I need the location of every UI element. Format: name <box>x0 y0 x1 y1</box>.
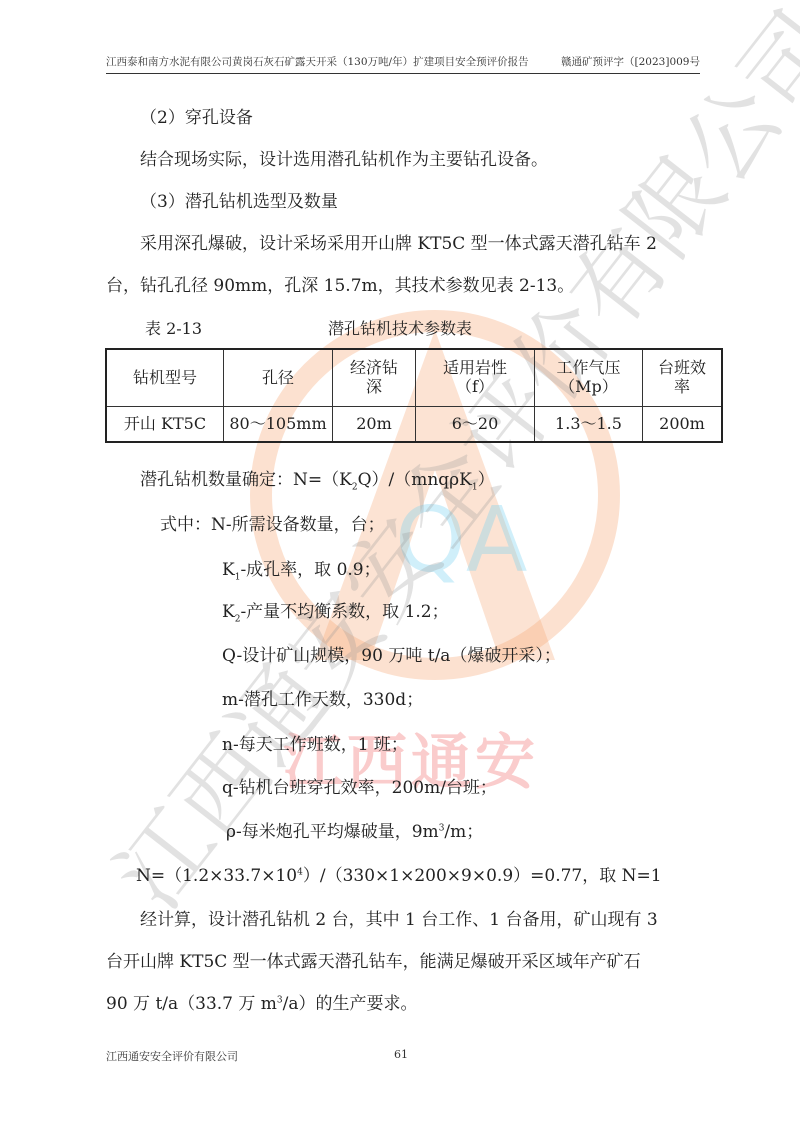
header-divider <box>106 73 700 74</box>
def-k2: K2-产量不均衡系数，取 1.2； <box>222 604 449 624</box>
paragraph-blasting-line1: 采用深孔爆破，设计采场采用开山牌 KT5C 型一体式露天潜孔钻车 2 <box>140 236 657 253</box>
conclusion-line2: 台开山牌 KT5C 型一体式露天潜孔钻车，能满足爆破开采区域年产矿石 <box>106 954 641 971</box>
cell-shift-efficiency: 200m <box>643 406 723 442</box>
th-model: 钻机型号 <box>106 349 224 406</box>
page-header: 江西泰和南方水泥有限公司黄岗石灰石矿露天开采（130万吨/年）扩建项目安全预评价… <box>106 54 700 69</box>
paragraph-blasting-line2: 台，钻孔孔径 90mm，孔深 15.7m，其技术参数见表 2-13。 <box>106 278 574 295</box>
paragraph-equipment-choice: 结合现场实际，设计选用潜孔钻机作为主要钻孔设备。 <box>140 152 548 169</box>
cell-economic-depth: 20m <box>333 406 416 442</box>
conclusion-line1: 经计算，设计潜孔钻机 2 台，其中 1 台工作、1 台备用，矿山现有 3 <box>140 912 658 929</box>
table-number: 表 2-13 <box>145 316 202 339</box>
table-header-row: 钻机型号 孔径 经济钻 深 适用岩性 （f） 工作气压 （Mp） 台班效 率 <box>106 349 722 406</box>
th-diameter: 孔径 <box>224 349 333 406</box>
def-k1: K1-成孔率，取 0.9； <box>222 562 381 582</box>
footer-company: 江西通安安全评价有限公司 <box>106 1048 238 1064</box>
table-title: 潜孔钻机技术参数表 <box>328 316 472 339</box>
section-heading-selection: （3）潜孔钻机选型及数量 <box>140 194 338 211</box>
formula-where-line: 式中：N-所需设备数量，台； <box>160 517 385 534</box>
def-q-capacity: Q-设计矿山规模，90 万吨 t/a（爆破开采）； <box>222 648 561 665</box>
drill-params-table: 钻机型号 孔径 经济钻 深 适用岩性 （f） 工作气压 （Mp） 台班效 率 开… <box>105 348 723 443</box>
formula-definition: 潜孔钻机数量确定：N=（K2Q）/（mnqρK1） <box>140 472 495 492</box>
def-m-days: m-潜孔工作天数，330d； <box>222 692 423 709</box>
cell-rock-type: 6～20 <box>416 406 535 442</box>
conclusion-line3: 90 万 t/a（33.7 万 m3/a）的生产要求。 <box>106 996 418 1013</box>
def-rho: ρ-每米炮孔平均爆破量，9m3/m； <box>226 824 483 841</box>
def-q-efficiency: q-钻机台班穿孔效率，200m/台班； <box>222 780 497 797</box>
page-number: 61 <box>394 1048 408 1061</box>
header-doc-number: 赣通矿预评字（[2023]009号 <box>561 54 700 69</box>
section-heading-drilling-equipment: （2）穿孔设备 <box>140 110 253 127</box>
cell-diameter: 80～105mm <box>224 406 333 442</box>
cell-model: 开山 KT5C <box>106 406 224 442</box>
formula-calculation: N=（1.2×33.7×104）/（330×1×200×9×0.9）=0.77，… <box>136 868 662 885</box>
watermark-qa: QA <box>395 500 527 581</box>
th-air-pressure: 工作气压 （Mp） <box>535 349 643 406</box>
def-n-shifts: n-每天工作班数，1 班； <box>222 737 408 754</box>
cell-air-pressure: 1.3～1.5 <box>535 406 643 442</box>
table-row: 开山 KT5C 80～105mm 20m 6～20 1.3～1.5 200m <box>106 406 722 442</box>
th-rock-type: 适用岩性 （f） <box>416 349 535 406</box>
th-economic-depth: 经济钻 深 <box>333 349 416 406</box>
th-shift-efficiency: 台班效 率 <box>643 349 723 406</box>
header-report-title: 江西泰和南方水泥有限公司黄岗石灰石矿露天开采（130万吨/年）扩建项目安全预评价… <box>106 54 529 69</box>
